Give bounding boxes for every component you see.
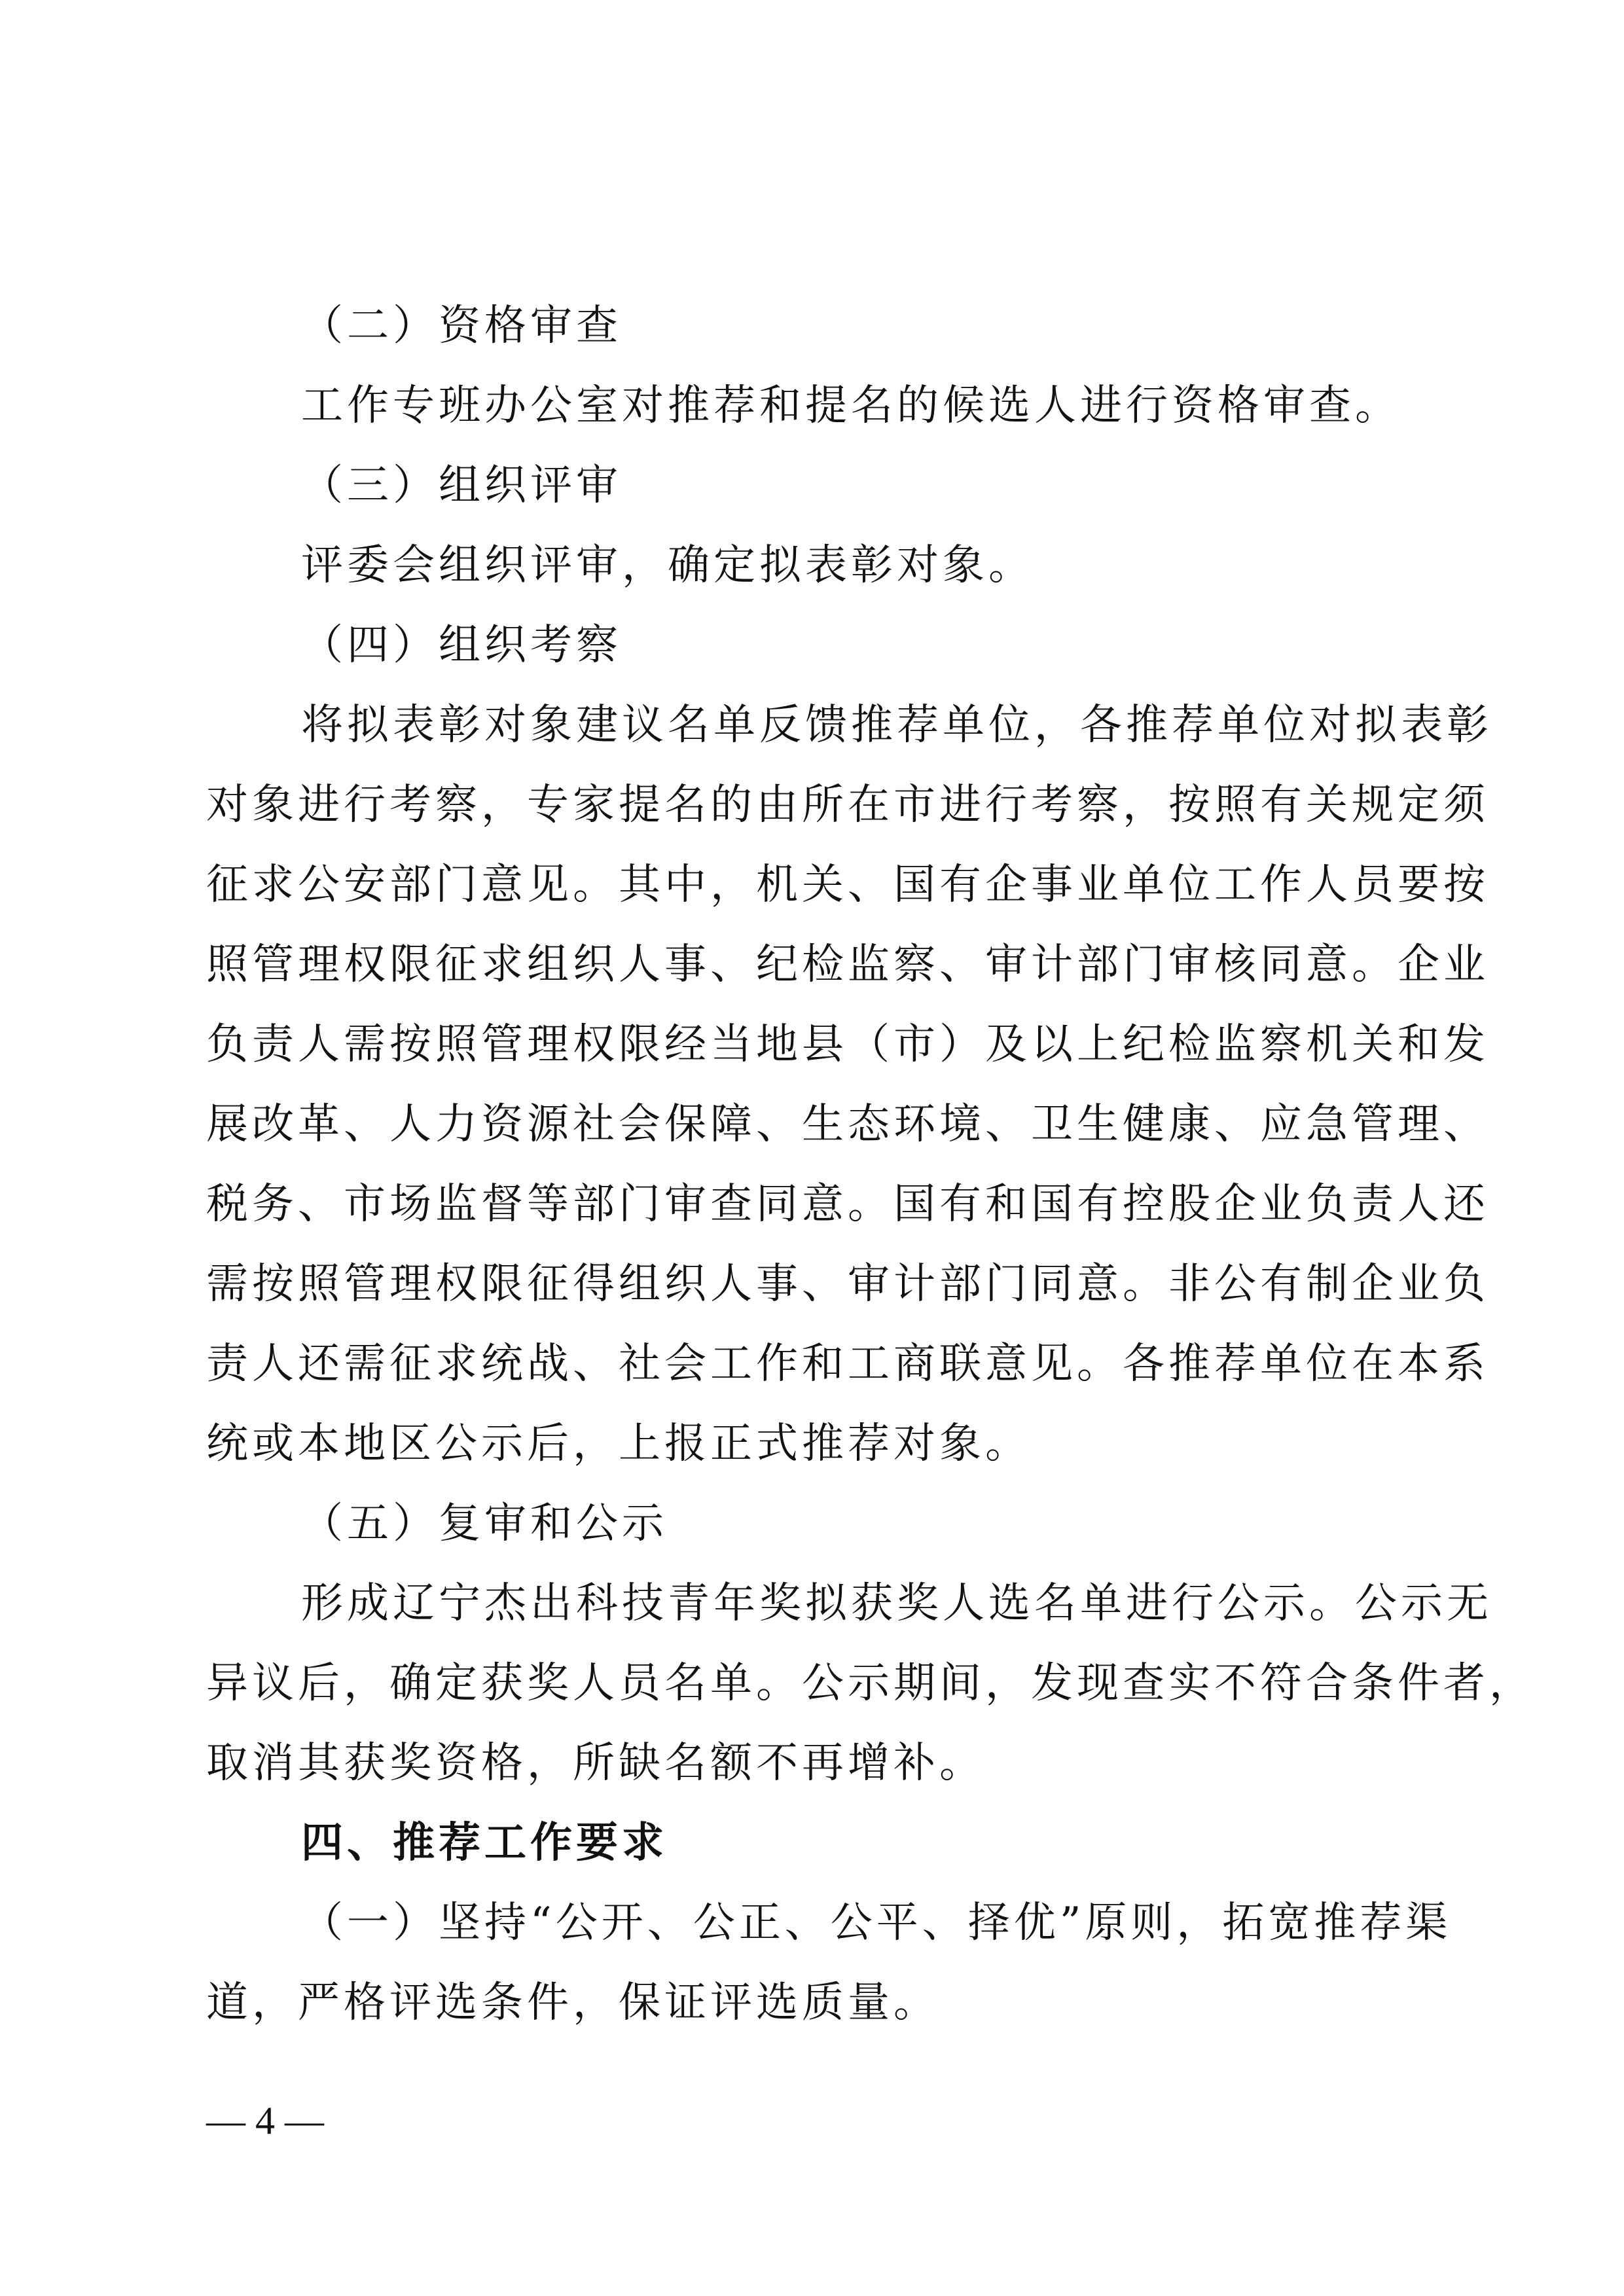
paragraph-line: 征求公安部门意见。其中，机关、国有企事业单位工作人员要按 [206,859,1424,911]
subheading-organize-review: （三）组织评审 [301,459,1519,512]
subheading-review-and-publicity: （五）复审和公示 [301,1498,1519,1550]
paragraph-line: 负责人需按照管理权限经当地县（市）及以上纪检监察机关和发 [206,1018,1424,1071]
paragraph-line: 展改革、人力资源社会保障、生态环境、卫生健康、应急管理、 [206,1098,1424,1151]
page-number: — 4 — [206,2094,324,2147]
paragraph-line: 将拟表彰对象建议名单反馈推荐单位，各推荐单位对拟表彰 [301,699,1424,751]
paragraph-line: 统或本地区公示后，上报正式推荐对象。 [206,1418,1424,1470]
paragraph-line: 工作专班办公室对推荐和提名的候选人进行资格审查。 [301,380,1519,432]
subheading-qualification-review: （二）资格审查 [301,300,1519,352]
paragraph-line: 取消其获奖资格，所缺名额不再增补。 [206,1737,1424,1789]
paragraph-line: 异议后，确定获奖人员名单。公示期间，发现查实不符合条件者， [206,1657,1424,1710]
paragraph-line: 道，严格评选条件，保证评选质量。 [206,1977,1424,2029]
paragraph-line: 评委会组织评审，确定拟表彰对象。 [301,539,1519,592]
subheading-organize-inspection: （四）组织考察 [301,619,1519,672]
document-page: （二）资格审查 工作专班办公室对推荐和提名的候选人进行资格审查。 （三）组织评审… [0,0,1624,2296]
paragraph-line: 形成辽宁杰出科技青年奖拟获奖人选名单进行公示。公示无 [301,1577,1424,1630]
paragraph-line: 税务、市场监督等部门审查同意。国有和国有控股企业负责人还 [206,1178,1424,1230]
paragraph-line: 需按照管理权限征得组织人事、审计部门同意。非公有制企业负 [206,1258,1424,1310]
paragraph-line: （一）坚持“公开、公正、公平、择优”原则，拓宽推荐渠 [301,1897,1424,1949]
paragraph-line: 对象进行考察，专家提名的由所在市进行考察，按照有关规定须 [206,779,1424,831]
paragraph-line: 责人还需征求统战、社会工作和工商联意见。各推荐单位在本系 [206,1338,1424,1390]
section-heading-requirements: 四、推荐工作要求 [301,1817,1519,1869]
paragraph-line: 照管理权限征求组织人事、纪检监察、审计部门审核同意。企业 [206,939,1424,991]
